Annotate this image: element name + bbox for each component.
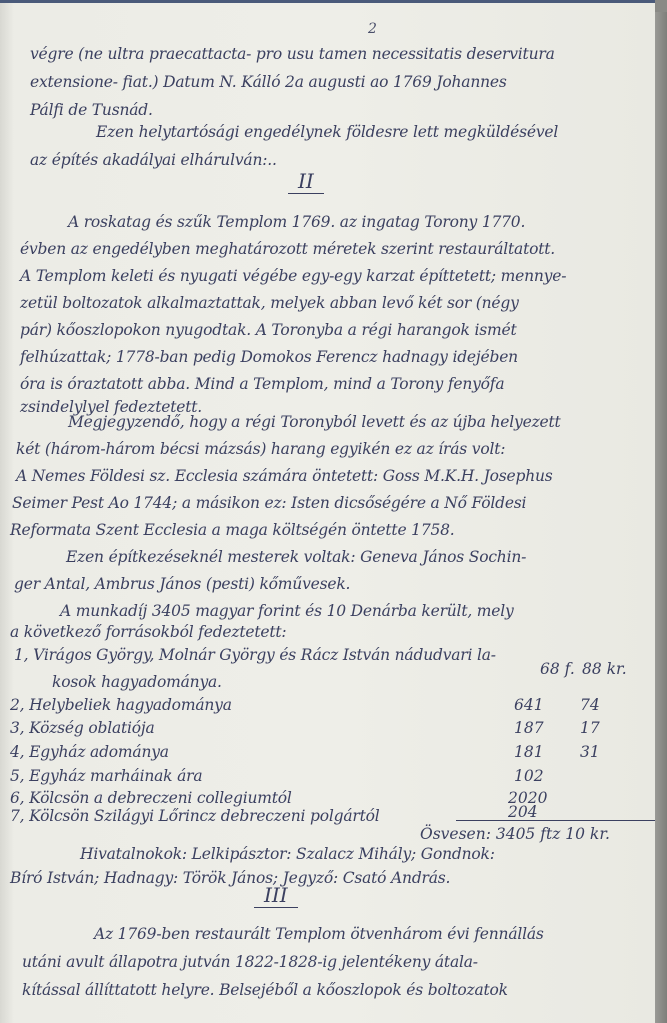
text-line: évben az engedélyben meghatározott méret… <box>20 240 555 258</box>
amount-florins: 187 <box>514 719 544 737</box>
text-line: Seimer Pest Ao 1744; a másikon ez: Isten… <box>12 494 526 512</box>
text-line: Pálfi de Tusnád. <box>30 101 153 119</box>
funding-item: 3, Község oblatiója <box>10 719 155 737</box>
section-heading-iii: III <box>254 883 298 908</box>
text-line: felhúzattak; 1778-ban pedig Domokos Fere… <box>20 348 518 366</box>
amount-florins: 204 <box>508 803 538 821</box>
amount-kreuzer: 88 kr. <box>582 660 627 678</box>
text-line: A Templom keleti és nyugati végébe egy-e… <box>20 267 566 285</box>
amount-kreuzer: 31 <box>580 743 600 761</box>
page-edge-shadow <box>655 12 667 1023</box>
text-line: a következő forrásokból fedeztetett: <box>10 623 286 641</box>
funding-item: 2, Helybeliek hagyadománya <box>10 696 232 714</box>
amount-florins: 641 <box>514 696 544 714</box>
amount-florins: 68 f. <box>540 660 575 678</box>
text-line: óra is óraztatott abba. Mind a Templom, … <box>20 375 504 393</box>
amount-kreuzer: 74 <box>580 696 600 714</box>
text-line: pár) kőoszlopokon nyugodtak. A Toronyba … <box>20 321 516 339</box>
funding-item: 7, Kölcsön Szilágyi Lőrincz debreczeni p… <box>10 807 379 825</box>
text-line: Reformata Szent Ecclesia a maga költségé… <box>10 521 455 539</box>
text-line: Ezen építkezéseknél mesterek voltak: Gen… <box>66 548 526 566</box>
text-line: ger Antal, Ambrus János (pesti) kőművese… <box>14 575 350 593</box>
funding-item: 5, Egyház marháinak ára <box>10 767 202 785</box>
text-line: A Nemes Földesi sz. Ecclesia számára önt… <box>16 467 553 485</box>
text-line: az építés akadályai elhárulván:.. <box>30 151 277 169</box>
text-line: Hivatalnokok: Lelkipásztor: Szalacz Mihá… <box>80 845 495 863</box>
text-line: Megjegyzendő, hogy a régi Toronyból leve… <box>68 413 561 431</box>
sum-rule <box>456 820 656 821</box>
total-amount: Ösvesen: 3405 ftz 10 kr. <box>420 825 610 843</box>
text-line: kítással állíttatott helyre. Belsejéből … <box>22 981 508 999</box>
funding-item: 6, Kölcsön a debreczeni collegiumtól <box>10 789 292 807</box>
funding-item: 4, Egyház adománya <box>10 743 169 761</box>
amount-florins: 102 <box>514 767 544 785</box>
amount-kreuzer: 17 <box>580 719 600 737</box>
section-heading-ii: II <box>288 169 324 194</box>
text-line: utáni avult állapotra jutván 1822-1828-i… <box>22 953 478 971</box>
text-line: Az 1769-ben restaurált Templom ötvenháro… <box>94 925 544 943</box>
document-page: 2 végre (ne ultra praecattacta- pro usu … <box>0 0 655 1023</box>
page-number: 2 <box>368 21 377 37</box>
text-line: két (három-három bécsi mázsás) harang eg… <box>16 440 505 458</box>
amount-florins: 181 <box>514 743 544 761</box>
text-line: Ezen helytartósági engedélynek földesre … <box>96 123 558 141</box>
text-line: A munkadíj 3405 magyar forint és 10 Dená… <box>60 602 514 620</box>
text-line: A roskatag és szűk Templom 1769. az inga… <box>68 213 525 231</box>
text-line: végre (ne ultra praecattacta- pro usu ta… <box>30 45 555 63</box>
text-line: extensione- fiat.) Datum N. Kálló 2a aug… <box>30 73 507 91</box>
text-line: Bíró István; Hadnagy: Török János; Jegyz… <box>10 869 450 887</box>
text-line: zetül boltozatok alkalmaztattak, melyek … <box>20 294 519 312</box>
text-line: kosok hagyadománya. <box>52 673 222 691</box>
text-line: 1, Virágos György, Molnár György és Rácz… <box>14 646 496 664</box>
